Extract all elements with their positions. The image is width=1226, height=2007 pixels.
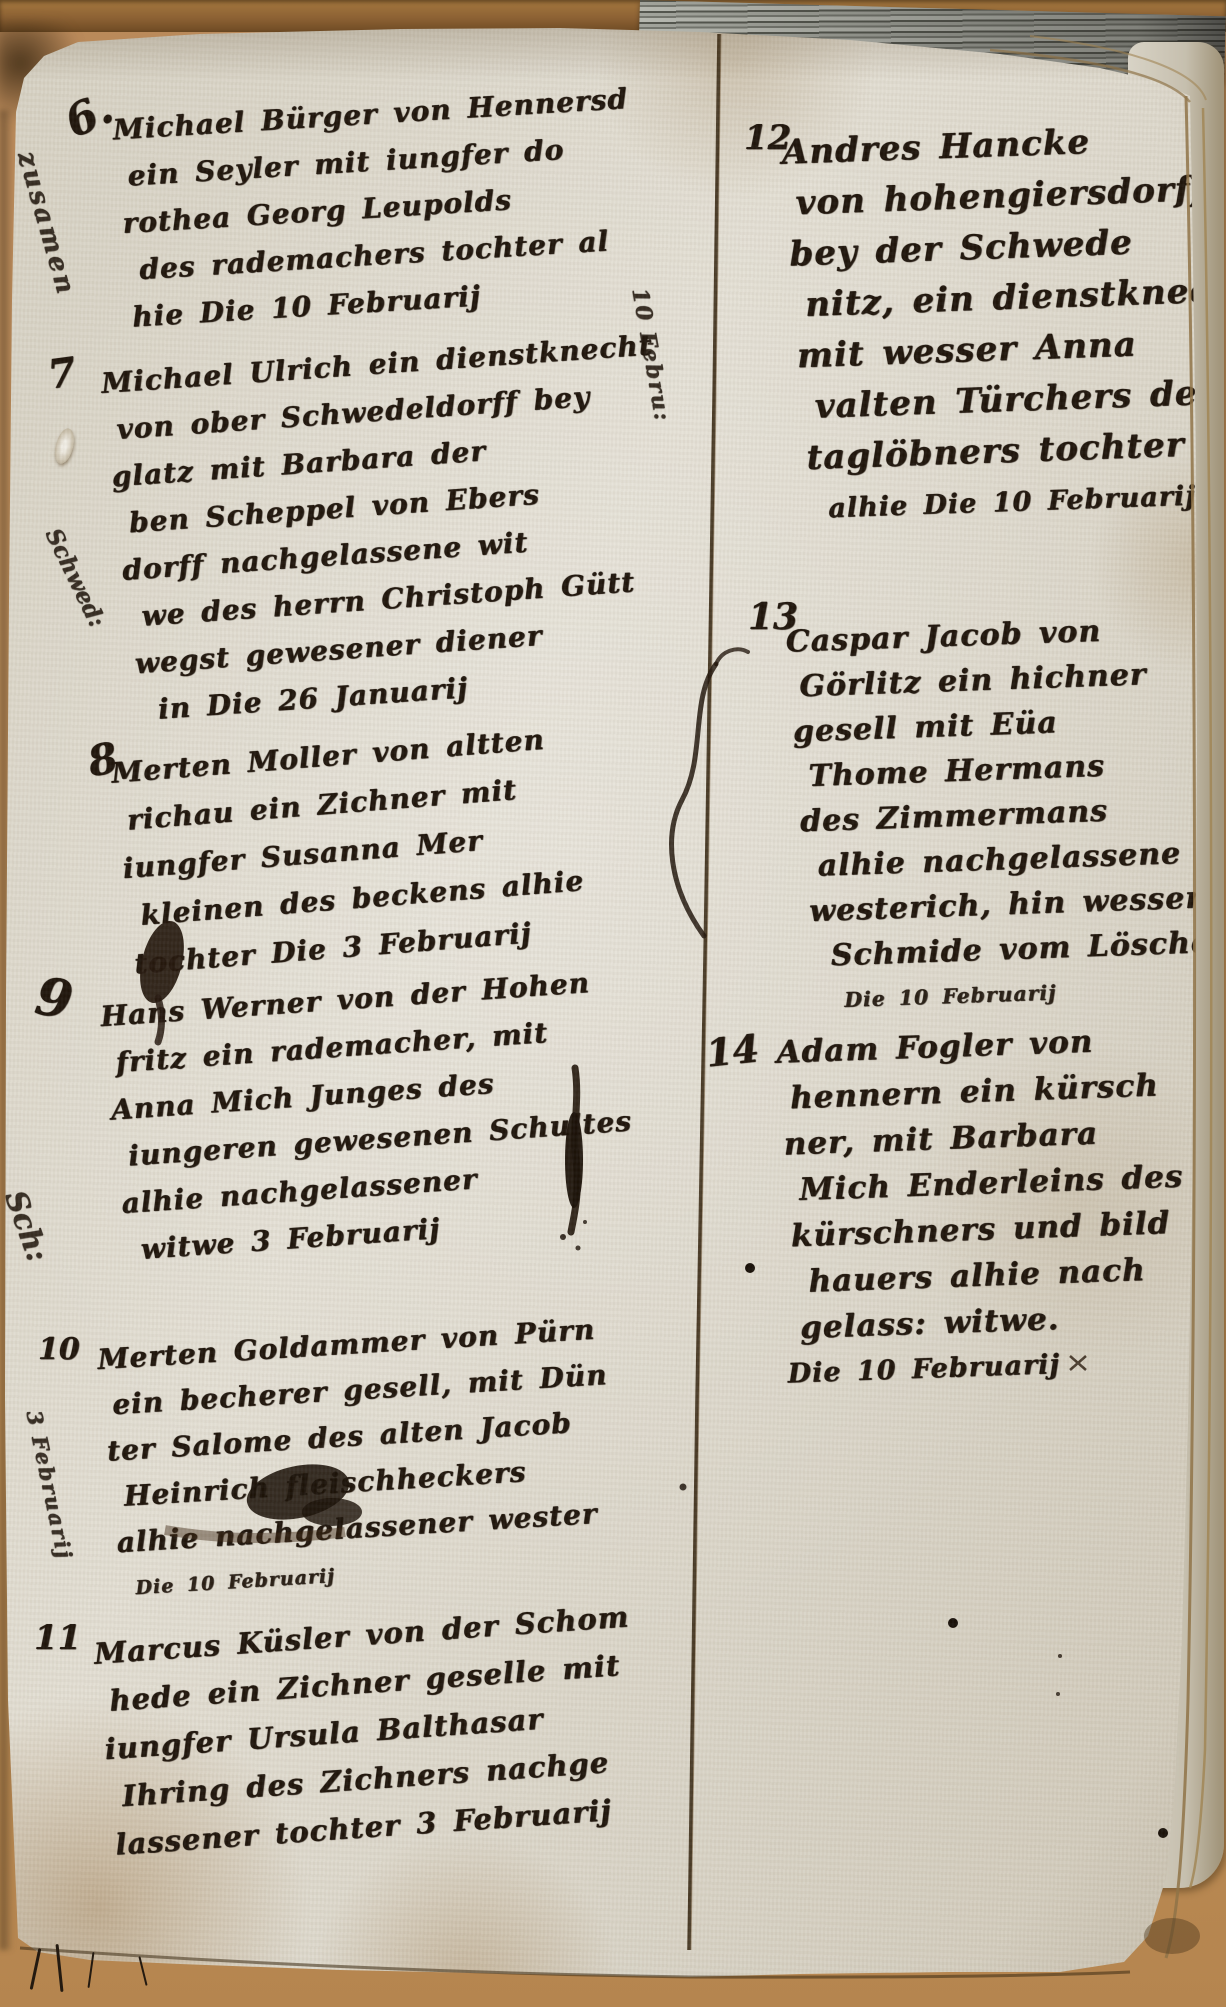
entry-11-number: 11 [34, 1618, 81, 1658]
entry-7-margin-note: Schwed: [40, 524, 111, 631]
entry-7-number: 7 [45, 348, 79, 398]
entry-10-margin-note: 3 Februarij [22, 1408, 78, 1562]
register-entry-12: Andres Hancke von hohengiersdorff bey de… [781, 112, 1226, 535]
register-entry-8: Merten Moller von altten richau ein Zich… [110, 703, 727, 989]
entry-10-number: 10 [38, 1332, 80, 1367]
register-entry-11: Marcus Küsler von der Schom hede ein Zic… [92, 1587, 727, 1870]
register-entry-14: Adam Fogler von hennern ein kürsch ner, … [776, 1014, 1226, 1397]
register-entry-13: Caspar Jacob von Görlitz ein hichner ges… [785, 604, 1226, 1024]
entry-8-number: 8 [83, 732, 122, 786]
entry-9-margin-note: Sch: [0, 1186, 55, 1266]
entry-6-number: 6. [57, 83, 120, 149]
corner-fibre [30, 1948, 42, 1990]
register-entry-10: Merten Goldammer von Pürn ein becherer g… [96, 1299, 732, 1612]
entry-14-number: 14 [704, 1025, 761, 1075]
entry-12-number: 12 [744, 118, 791, 158]
entry-6-margin-note: zusamen [11, 148, 81, 300]
manuscript-photo: 6. zusamen Michael Bürger von Hennersd e… [0, 0, 1226, 2007]
entry-9-number: 9 [31, 965, 77, 1031]
register-entry-9: Hans Werner von der Hohen fritz ein rade… [99, 951, 717, 1274]
paper-flaw [52, 426, 77, 465]
register-page: 6. zusamen Michael Bürger von Hennersd e… [0, 0, 1226, 2007]
entry-13-number: 13 [748, 596, 798, 638]
